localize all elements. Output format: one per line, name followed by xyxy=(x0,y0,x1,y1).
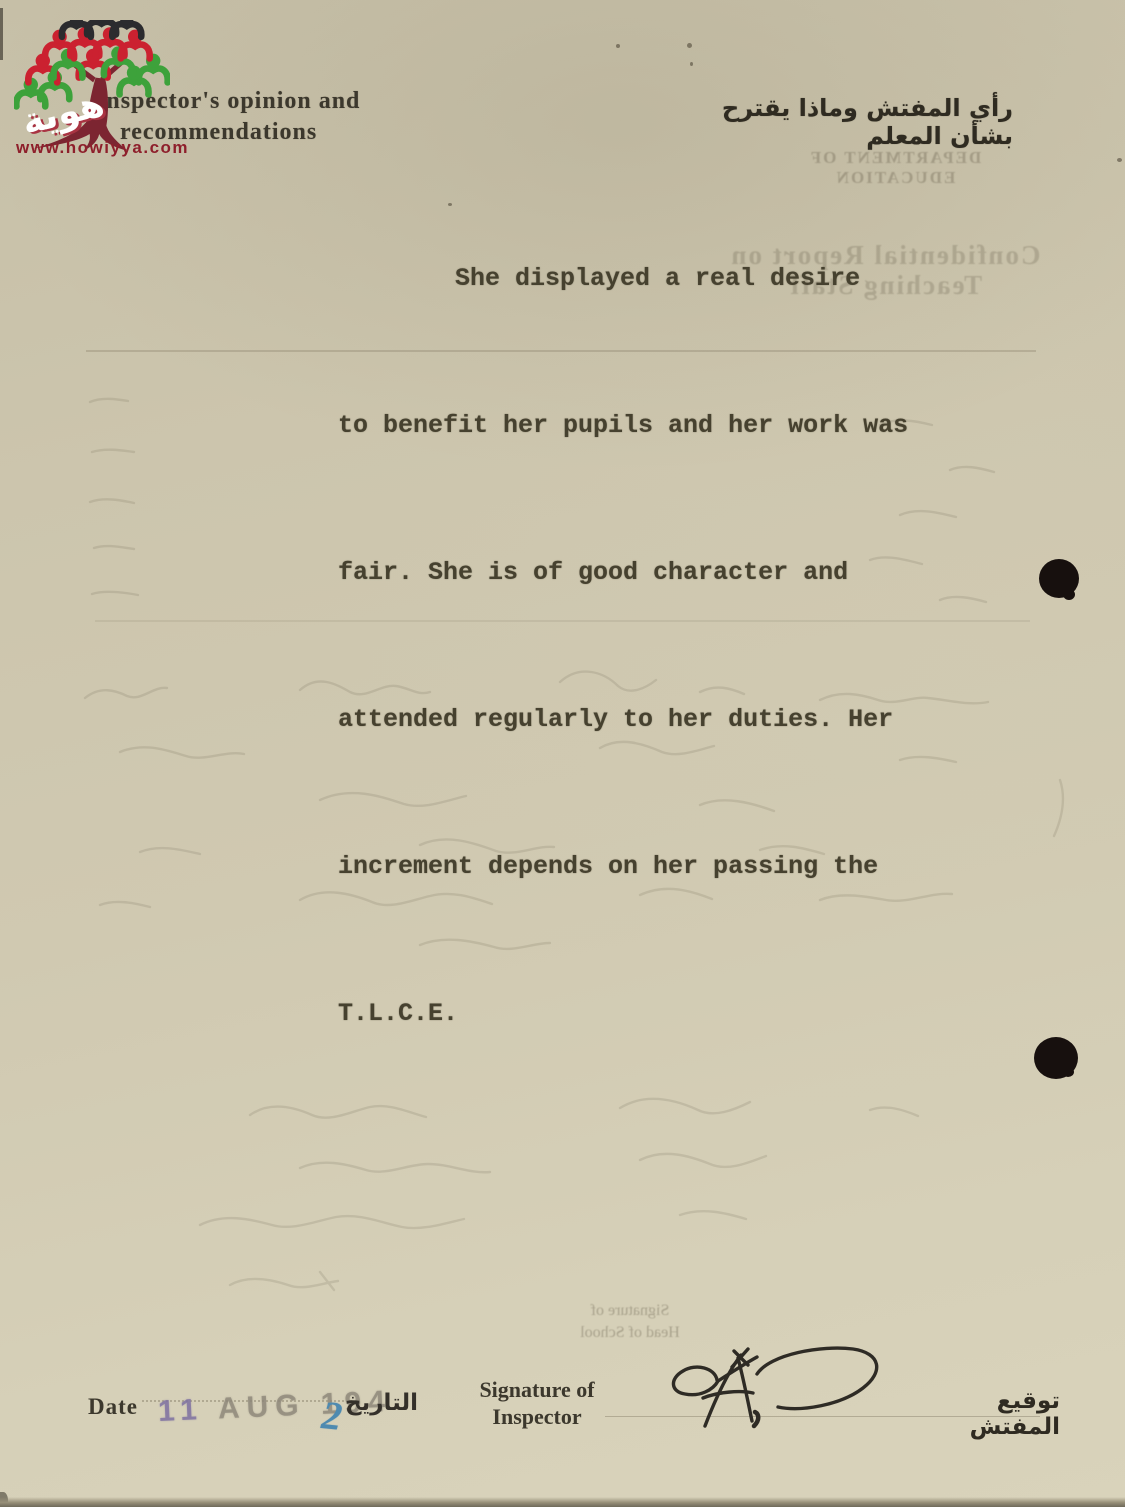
howiyya-logo: هوية هوية xyxy=(14,20,170,152)
ink-blot-lower xyxy=(1034,1037,1078,1079)
inspector-signature-ink xyxy=(660,1335,900,1445)
ink-blot-upper xyxy=(1039,559,1079,598)
date-stamp-day: 11 xyxy=(157,1393,204,1428)
date-label-arabic: التاريخ xyxy=(345,1390,435,1416)
logo-site-url: www.howiyya.com xyxy=(16,138,189,158)
report-line: attended regularly to her duties. Her xyxy=(338,695,938,744)
signature-label: Signature of Inspector xyxy=(462,1376,612,1430)
scan-edge-shadow-bottom xyxy=(0,1497,1125,1507)
paper-speck xyxy=(690,62,693,66)
signature-label-arabic: توقيع المفتش xyxy=(940,1388,1060,1440)
report-line: fair. She is of good character and xyxy=(338,548,938,597)
bleedthrough-sig-line1: Signature of xyxy=(591,1302,670,1319)
document-page: DEPARTMENT OF EDUCATION Confidential Rep… xyxy=(0,0,1125,1507)
report-line: She displayed a real desire xyxy=(338,254,938,303)
paper-speck xyxy=(687,43,692,48)
report-line: increment depends on her passing the xyxy=(338,842,938,891)
paper-speck xyxy=(616,44,620,48)
paper-speck xyxy=(448,203,452,206)
paper-speck xyxy=(1117,158,1122,162)
signature-label-line2: Inspector xyxy=(492,1404,581,1429)
report-line: to benefit her pupils and her work was xyxy=(338,401,938,450)
date-label: Date xyxy=(88,1394,138,1420)
report-line: T.L.C.E. xyxy=(338,989,938,1038)
typed-report-paragraph: She displayed a real desire to benefit h… xyxy=(338,156,938,1136)
scan-edge-artifact-left xyxy=(0,8,3,60)
section-title-arabic: رأي المفتش وماذا يقترح بشأن المعلم xyxy=(713,94,1013,150)
handwritten-year-digit: 2 xyxy=(320,1391,345,1440)
signature-label-line1: Signature of xyxy=(479,1377,594,1402)
